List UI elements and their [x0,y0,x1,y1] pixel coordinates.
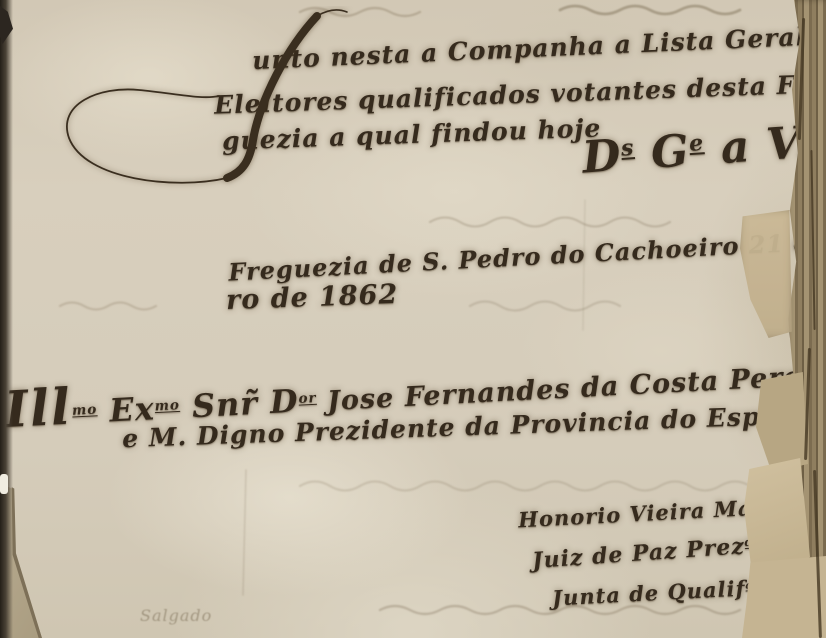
dateline-year: ro de 1862 [226,279,399,316]
bleed-through-text-fragment: Salgado [140,606,212,625]
spine-highlight-sliver [0,474,8,494]
flourished-initial-J [55,6,355,196]
manuscript-page-photo: unto nesta a Companha a Lista Geral Elei… [0,0,826,638]
torn-paper-flap [742,556,826,638]
torn-paper-flap [744,458,810,568]
book-spine-shadow [0,0,13,638]
